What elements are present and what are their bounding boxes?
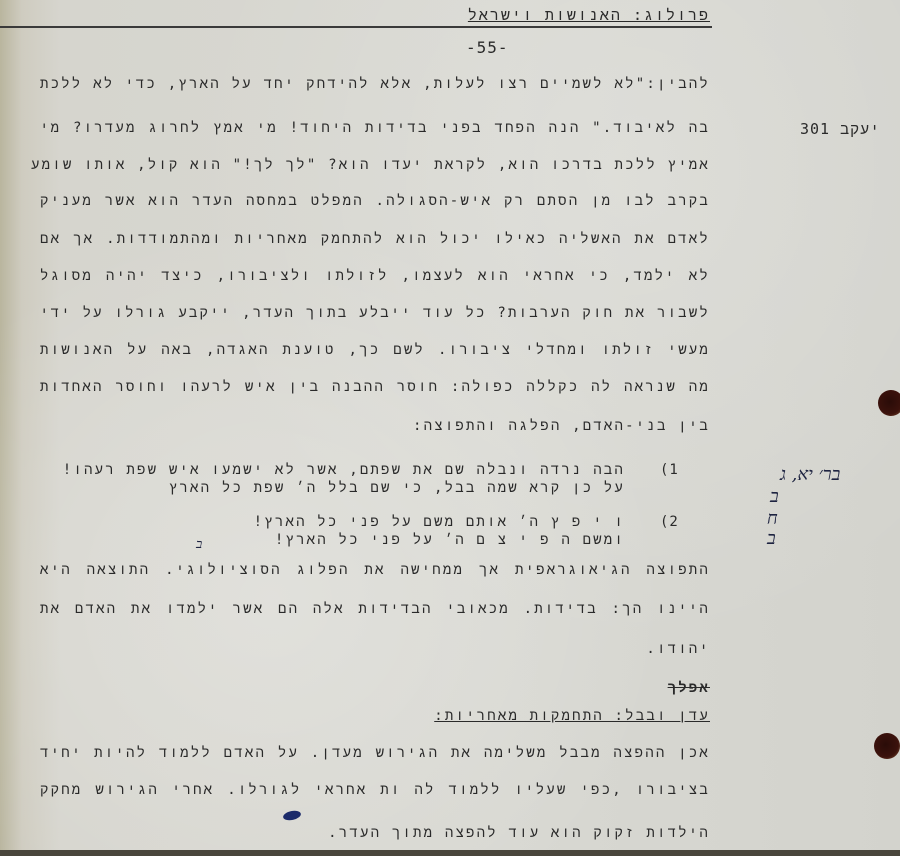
text-line: מה שנראה לה כקללה כפולה: חוסר ההבנה בין … — [40, 379, 710, 396]
text-line: הילדות זקוק הוא עוד להפצה מתוך העדר. — [328, 825, 710, 842]
punch-hole — [878, 390, 900, 416]
handwritten-letter: ח — [767, 508, 778, 529]
section-heading: עדן ובבל: התחמקות מאחריות: — [434, 708, 710, 725]
text-line: לשבור את חוק הערבות? כל עוד ייבלע בתוך ה… — [40, 305, 710, 322]
text-line: אמיץ ללכת בדרכו הוא, לקראת יעדו הוא? "לך… — [40, 157, 710, 174]
text-line: בה לאיבוד." הנה הפחד בפני בדידות היחוד! … — [40, 120, 710, 137]
quote-line: על כן קרא שמה בבל, כי שם בלל ה׳ שפת כל ה… — [169, 480, 625, 497]
handwritten-reference: בר׳ יא, ג — [780, 464, 840, 485]
handwritten-correction: ב — [196, 536, 202, 552]
text-line: בין בני-האדם, הפלגה והתפוצה: — [413, 418, 710, 435]
text-line: בציבורו ,כפי שעליו ללמוד לה ות אחראי לגו… — [40, 782, 710, 799]
text-line: התפוצה הגיאוגראפית אך ממחישה את הפלוג הס… — [40, 562, 710, 579]
running-header: פרולוג: האנושות וישראל — [0, 6, 710, 27]
text-line: מעשי זולתו ומחדלי ציבורו. לשם כך, טוענת … — [40, 342, 710, 359]
header-rule — [0, 26, 712, 28]
page-bottom-edge — [0, 850, 900, 856]
page-number: -55- — [466, 38, 509, 57]
quote-number: (2 — [660, 514, 679, 530]
punch-hole — [874, 733, 900, 759]
quote-line: ו י פ ץ ה׳ אותם משם על פני כל הארץ! — [254, 514, 625, 531]
text-line: לא ילמד, כי אחראי הוא לעצמו, לזולתו ולצי… — [40, 268, 710, 285]
struck-out-word: אפלך — [668, 680, 710, 697]
text-line: לאדם את האשליה כאילו יכול הוא להתחמק מאח… — [40, 231, 710, 248]
text-line: בקרב לבו מן הסתם רק איש-הסגולה. המפלט במ… — [40, 193, 710, 210]
margin-reference: יעקב 301 — [800, 120, 880, 139]
text-line: היינו הך: בדידות. מכאובי הבדידות אלה הם … — [40, 601, 710, 618]
quote-number: (1 — [660, 462, 679, 478]
text-line: יהודו. — [646, 641, 710, 658]
running-title: פרולוג: האנושות וישראל — [468, 6, 710, 27]
handwritten-letter: ב — [767, 528, 776, 549]
text-line: להבין:"לא לשמיים רצו לעלות, אלא להידחק י… — [40, 76, 710, 93]
quote-line: הבה נרדה ונבלה שם את שפתם, אשר לא ישמעו … — [63, 462, 625, 479]
text-line: אכן ההפצה מבבל משלימה את הגירוש מעדן. על… — [40, 745, 710, 762]
handwritten-letter: ב — [770, 486, 779, 507]
quote-line: ומשם ה פ י צ ם ה׳ על פני כל הארץ! — [275, 532, 625, 549]
